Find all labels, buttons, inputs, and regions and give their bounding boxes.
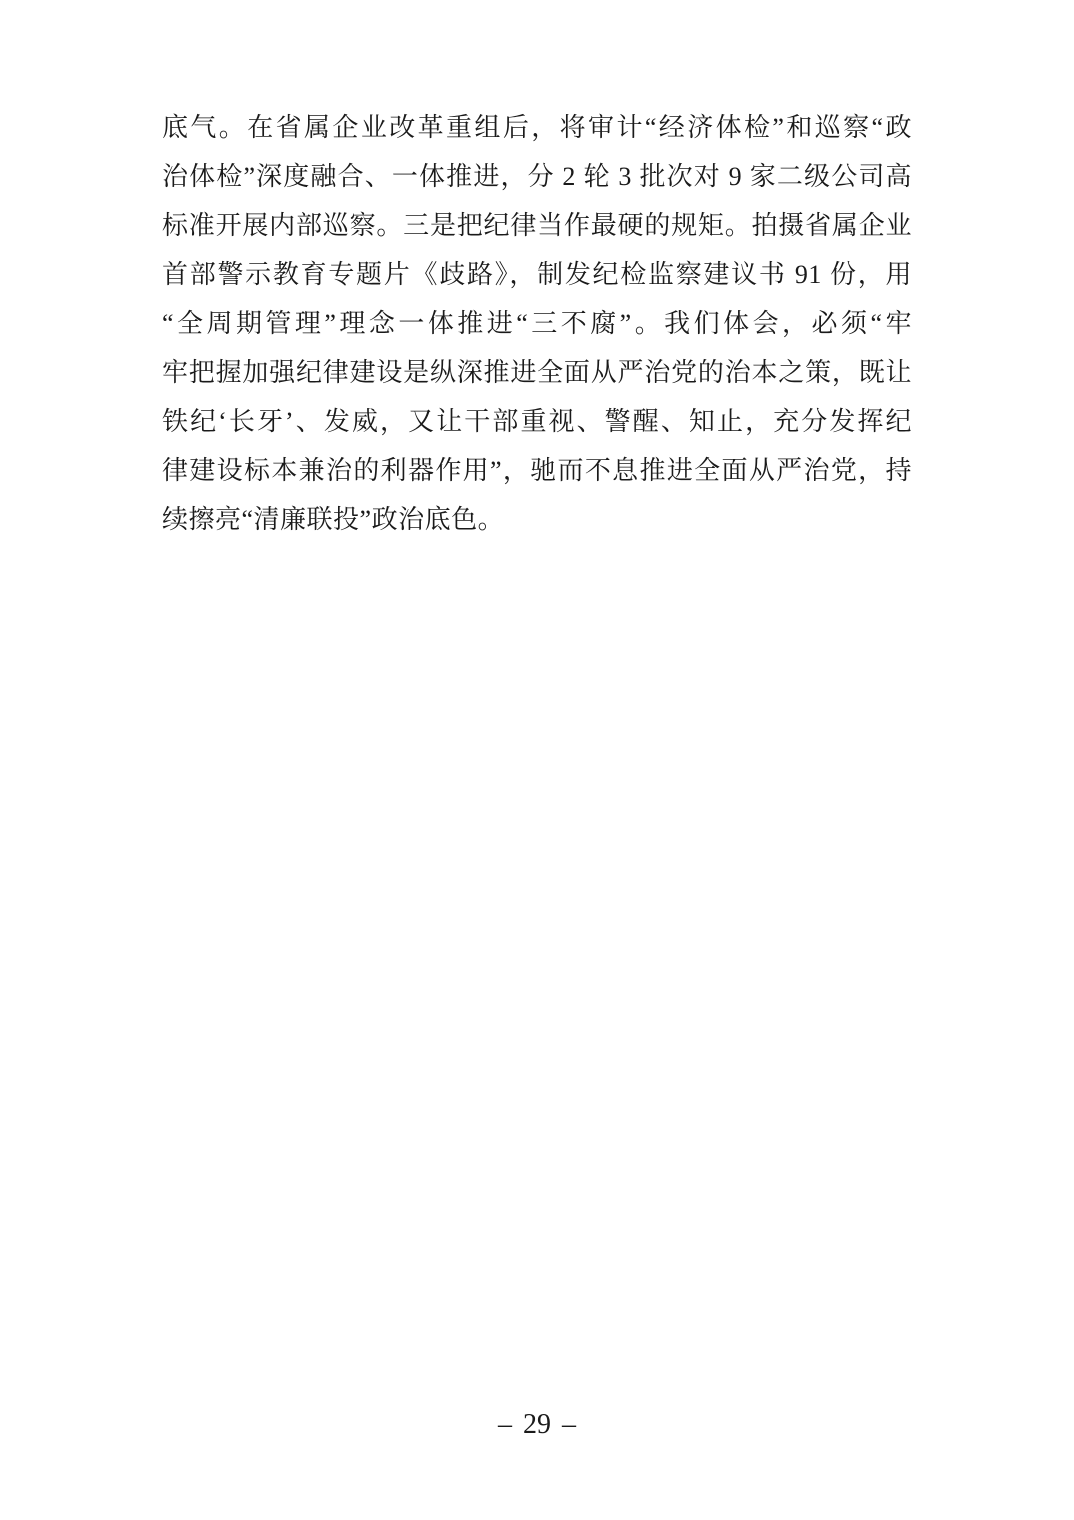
text-line: 律建设标本兼治的利器作用”，驰而不息推进全面从严治党，持 [162,446,912,495]
text-line: “全周期管理”理念一体推进“三不腐”。我们体会，必须“牢 [162,299,912,348]
text-line: 底气。在省属企业改革重组后，将审计“经济体检”和巡察“政 [162,103,912,152]
text-line: 续擦亮“清廉联投”政治底色。 [162,495,912,544]
text-line: 铁纪‘长牙’、发威，又让干部重视、警醒、知止，充分发挥纪 [162,397,912,446]
text-line: 治体检”深度融合、一体推进，分 2 轮 3 批次对 9 家二级公司高 [162,152,912,201]
body-text: 底气。在省属企业改革重组后，将审计“经济体检”和巡察“政 治体检”深度融合、一体… [162,103,912,544]
document-page: 底气。在省属企业改革重组后，将审计“经济体检”和巡察“政 治体检”深度融合、一体… [0,0,1074,1520]
text-line: 标准开展内部巡察。三是把纪律当作最硬的规矩。拍摄省属企业 [162,201,912,250]
page-number: – 29 – [0,1408,1074,1442]
text-line: 首部警示教育专题片《歧路》，制发纪检监察建议书 91 份，用 [162,250,912,299]
text-line: 牢把握加强纪律建设是纵深推进全面从严治党的治本之策，既让 [162,348,912,397]
